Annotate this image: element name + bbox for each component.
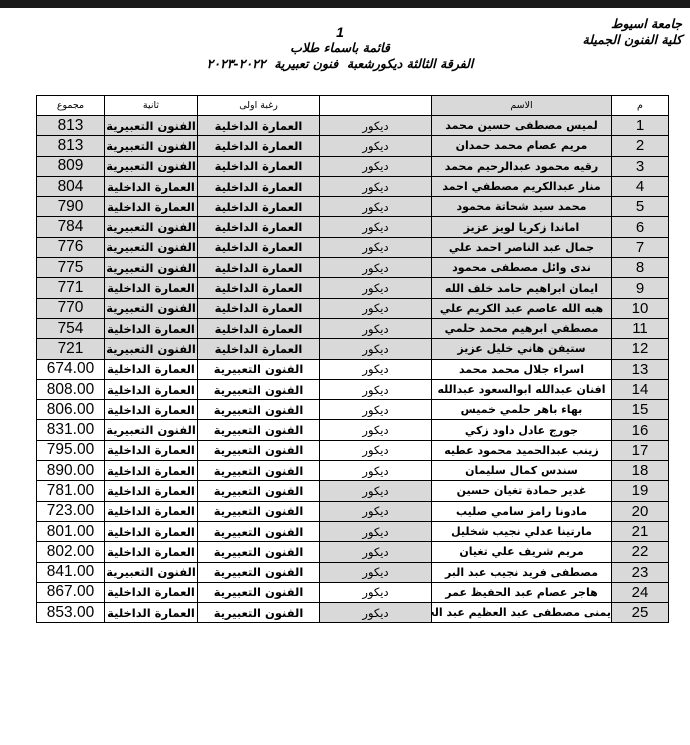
table-row: 13اسراء جلال محمد محمدديكورالفنون التعبي… bbox=[37, 359, 669, 379]
cell-total: 802.00 bbox=[37, 542, 105, 562]
cell-second-choice: الفنون التعبيرية bbox=[105, 237, 198, 257]
table-body: 1لميس مصطفى حسين محمدديكورالعمارة الداخل… bbox=[37, 116, 669, 623]
cell-department: ديكور bbox=[320, 379, 432, 399]
table-row: 14افنان عبدالله ابوالسعود عبداللهديكورال… bbox=[37, 379, 669, 399]
cell-department: ديكور bbox=[320, 176, 432, 196]
cell-index: 4 bbox=[612, 176, 669, 196]
cell-index: 12 bbox=[612, 339, 669, 359]
cell-department: ديكور bbox=[320, 521, 432, 541]
cell-second-choice: العمارة الداخلية bbox=[105, 379, 198, 399]
table-row: 23مصطفى فريد نجيب عبد البرديكورالفنون ال… bbox=[37, 562, 669, 582]
cell-total: 809 bbox=[37, 156, 105, 176]
cell-index: 8 bbox=[612, 258, 669, 278]
table-row: 4منار عبدالكريم مصطفي احمدديكورالعمارة ا… bbox=[37, 176, 669, 196]
table-row: 1لميس مصطفى حسين محمدديكورالعمارة الداخل… bbox=[37, 116, 669, 136]
cell-total: 808.00 bbox=[37, 379, 105, 399]
table-row: 20مادونا رامز سامي صليبديكورالفنون التعب… bbox=[37, 501, 669, 521]
list-title: قائمة باسماء طلاب bbox=[170, 40, 510, 56]
table-row: 10هبه الله عاصم عبد الكريم عليديكورالعما… bbox=[37, 298, 669, 318]
table-row: 17زينب عبدالحميد محمود عطيهديكورالفنون ا… bbox=[37, 440, 669, 460]
cell-name: ستيفن هاني خليل عزيز bbox=[432, 339, 612, 359]
cell-index: 3 bbox=[612, 156, 669, 176]
cell-total: 813 bbox=[37, 136, 105, 156]
cell-department: ديكور bbox=[320, 136, 432, 156]
cell-total: 674.00 bbox=[37, 359, 105, 379]
cell-second-choice: الفنون التعبيرية bbox=[105, 258, 198, 278]
table-row: 3رقيه محمود عبدالرحيم محمدديكورالعمارة ا… bbox=[37, 156, 669, 176]
cell-second-choice: الفنون التعبيرية bbox=[105, 562, 198, 582]
cell-first-choice: الفنون التعبيرية bbox=[198, 400, 320, 420]
cell-name: مريم عصام محمد حمدان bbox=[432, 136, 612, 156]
cell-department: ديكور bbox=[320, 237, 432, 257]
faculty-name: كلية الفنون الجميلة bbox=[583, 32, 682, 48]
cell-total: 754 bbox=[37, 318, 105, 338]
cell-first-choice: الفنون التعبيرية bbox=[198, 461, 320, 481]
table-row: 9ايمان ابراهيم حامد خلف اللهديكورالعمارة… bbox=[37, 278, 669, 298]
cell-index: 24 bbox=[612, 582, 669, 602]
table-row: 15بهاء باهر حلمي خميسديكورالفنون التعبير… bbox=[37, 400, 669, 420]
cell-name: اسراء جلال محمد محمد bbox=[432, 359, 612, 379]
institution-header: جامعة اسيوط كلية الفنون الجميلة bbox=[583, 16, 682, 48]
cell-name: محمد سيد شحاتة محمود bbox=[432, 197, 612, 217]
cell-name: ايمان ابراهيم حامد خلف الله bbox=[432, 278, 612, 298]
cell-first-choice: الفنون التعبيرية bbox=[198, 501, 320, 521]
cell-first-choice: الفنون التعبيرية bbox=[198, 603, 320, 623]
cell-department: ديكور bbox=[320, 359, 432, 379]
table-row: 25يمنى مصطفى عبد العظيم عبد الحافظديكورا… bbox=[37, 603, 669, 623]
cell-second-choice: العمارة الداخلية bbox=[105, 440, 198, 460]
table-row: 21مارتينا عدلي نجيب شخليلديكورالفنون الت… bbox=[37, 521, 669, 541]
cell-name: رقيه محمود عبدالرحيم محمد bbox=[432, 156, 612, 176]
cell-second-choice: العمارة الداخلية bbox=[105, 501, 198, 521]
table-row: 11مصطفي ابرهيم محمد حلميديكورالعمارة الد… bbox=[37, 318, 669, 338]
col-header-name: الاسم bbox=[432, 96, 612, 116]
cell-index: 11 bbox=[612, 318, 669, 338]
cell-total: 770 bbox=[37, 298, 105, 318]
cell-first-choice: العمارة الداخلية bbox=[198, 258, 320, 278]
cell-index: 6 bbox=[612, 217, 669, 237]
cell-name: مصطفى فريد نجيب عبد البر bbox=[432, 562, 612, 582]
cell-index: 18 bbox=[612, 461, 669, 481]
cell-second-choice: الفنون التعبيرية bbox=[105, 298, 198, 318]
cell-first-choice: العمارة الداخلية bbox=[198, 116, 320, 136]
table-row: 18سندس كمال سليمانديكورالفنون التعبيريةا… bbox=[37, 461, 669, 481]
cell-name: مصطفي ابرهيم محمد حلمي bbox=[432, 318, 612, 338]
cell-department: ديكور bbox=[320, 420, 432, 440]
cell-first-choice: الفنون التعبيرية bbox=[198, 521, 320, 541]
cell-department: ديكور bbox=[320, 156, 432, 176]
cell-department: ديكور bbox=[320, 400, 432, 420]
cell-first-choice: العمارة الداخلية bbox=[198, 237, 320, 257]
table-row: 8ندى وائل مصطفى محمودديكورالعمارة الداخل… bbox=[37, 258, 669, 278]
cell-department: ديكور bbox=[320, 582, 432, 602]
cell-name: غدير حمادة تغيان حسين bbox=[432, 481, 612, 501]
cell-department: ديكور bbox=[320, 258, 432, 278]
cell-total: 795.00 bbox=[37, 440, 105, 460]
cell-total: 813 bbox=[37, 116, 105, 136]
cell-index: 23 bbox=[612, 562, 669, 582]
cell-index: 25 bbox=[612, 603, 669, 623]
cell-index: 20 bbox=[612, 501, 669, 521]
page-number: 1 bbox=[170, 24, 510, 40]
cell-name: افنان عبدالله ابوالسعود عبدالله bbox=[432, 379, 612, 399]
cell-second-choice: العمارة الداخلية bbox=[105, 461, 198, 481]
cell-second-choice: الفنون التعبيرية bbox=[105, 136, 198, 156]
cell-first-choice: الفنون التعبيرية bbox=[198, 440, 320, 460]
cell-second-choice: العمارة الداخلية bbox=[105, 521, 198, 541]
table-row: 24هاجر عصام عبد الحفيظ عمرديكورالفنون ال… bbox=[37, 582, 669, 602]
cell-name: مادونا رامز سامي صليب bbox=[432, 501, 612, 521]
cell-index: 10 bbox=[612, 298, 669, 318]
table-row: 6اماندا زكريا لويز عزيزديكورالعمارة الدا… bbox=[37, 217, 669, 237]
cell-second-choice: العمارة الداخلية bbox=[105, 176, 198, 196]
cell-first-choice: العمارة الداخلية bbox=[198, 136, 320, 156]
cell-index: 17 bbox=[612, 440, 669, 460]
cell-department: ديكور bbox=[320, 339, 432, 359]
cell-total: 801.00 bbox=[37, 521, 105, 541]
cell-first-choice: الفنون التعبيرية bbox=[198, 481, 320, 501]
cell-name: لميس مصطفى حسين محمد bbox=[432, 116, 612, 136]
university-name: جامعة اسيوط bbox=[583, 16, 682, 32]
col-header-second-choice: ثانية bbox=[105, 96, 198, 116]
cell-first-choice: العمارة الداخلية bbox=[198, 339, 320, 359]
cell-total: 775 bbox=[37, 258, 105, 278]
cell-total: 841.00 bbox=[37, 562, 105, 582]
cell-first-choice: الفنون التعبيرية bbox=[198, 359, 320, 379]
cell-department: ديكور bbox=[320, 461, 432, 481]
cell-second-choice: العمارة الداخلية bbox=[105, 582, 198, 602]
cell-index: 13 bbox=[612, 359, 669, 379]
cell-department: ديكور bbox=[320, 542, 432, 562]
table-header-row: م الاسم رغبة اولى ثانية مجموع bbox=[37, 96, 669, 116]
cell-name: جمال عبد الناصر احمد علي bbox=[432, 237, 612, 257]
table-row: 22مريم شريف علي تغيانديكورالفنون التعبير… bbox=[37, 542, 669, 562]
cell-first-choice: العمارة الداخلية bbox=[198, 298, 320, 318]
cell-second-choice: الفنون التعبيرية bbox=[105, 217, 198, 237]
table-row: 2مريم عصام محمد حمدانديكورالعمارة الداخل… bbox=[37, 136, 669, 156]
cell-department: ديكور bbox=[320, 501, 432, 521]
cell-second-choice: العمارة الداخلية bbox=[105, 481, 198, 501]
cell-first-choice: العمارة الداخلية bbox=[198, 217, 320, 237]
cell-index: 22 bbox=[612, 542, 669, 562]
cell-name: منار عبدالكريم مصطفي احمد bbox=[432, 176, 612, 196]
col-header-total: مجموع bbox=[37, 96, 105, 116]
cell-total: 776 bbox=[37, 237, 105, 257]
cell-second-choice: العمارة الداخلية bbox=[105, 542, 198, 562]
cell-index: 5 bbox=[612, 197, 669, 217]
cell-index: 1 bbox=[612, 116, 669, 136]
top-bar bbox=[0, 0, 690, 8]
cell-total: 831.00 bbox=[37, 420, 105, 440]
cell-total: 804 bbox=[37, 176, 105, 196]
cell-second-choice: الفنون التعبيرية bbox=[105, 420, 198, 440]
cell-name: هبه الله عاصم عبد الكريم علي bbox=[432, 298, 612, 318]
table-row: 19غدير حمادة تغيان حسينديكورالفنون التعب… bbox=[37, 481, 669, 501]
cell-total: 867.00 bbox=[37, 582, 105, 602]
cell-second-choice: الفنون التعبيرية bbox=[105, 116, 198, 136]
cell-total: 784 bbox=[37, 217, 105, 237]
cell-department: ديكور bbox=[320, 217, 432, 237]
cell-first-choice: الفنون التعبيرية bbox=[198, 582, 320, 602]
list-subtitle: الفرقة الثالثة ديكورشعبة فنون تعبيرية ٢٠… bbox=[170, 56, 510, 72]
cell-name: مارتينا عدلي نجيب شخليل bbox=[432, 521, 612, 541]
cell-department: ديكور bbox=[320, 481, 432, 501]
cell-name: هاجر عصام عبد الحفيظ عمر bbox=[432, 582, 612, 602]
cell-second-choice: العمارة الداخلية bbox=[105, 197, 198, 217]
cell-name: زينب عبدالحميد محمود عطيه bbox=[432, 440, 612, 460]
cell-first-choice: الفنون التعبيرية bbox=[198, 562, 320, 582]
cell-first-choice: العمارة الداخلية bbox=[198, 176, 320, 196]
cell-department: ديكور bbox=[320, 318, 432, 338]
cell-department: ديكور bbox=[320, 278, 432, 298]
table-row: 7جمال عبد الناصر احمد عليديكورالعمارة ال… bbox=[37, 237, 669, 257]
cell-total: 723.00 bbox=[37, 501, 105, 521]
cell-total: 853.00 bbox=[37, 603, 105, 623]
cell-index: 2 bbox=[612, 136, 669, 156]
cell-second-choice: العمارة الداخلية bbox=[105, 318, 198, 338]
cell-total: 721 bbox=[37, 339, 105, 359]
cell-total: 781.00 bbox=[37, 481, 105, 501]
cell-first-choice: العمارة الداخلية bbox=[198, 318, 320, 338]
cell-index: 21 bbox=[612, 521, 669, 541]
cell-total: 890.00 bbox=[37, 461, 105, 481]
cell-name: اماندا زكريا لويز عزيز bbox=[432, 217, 612, 237]
cell-first-choice: العمارة الداخلية bbox=[198, 197, 320, 217]
table-row: 5محمد سيد شحاتة محمودديكورالعمارة الداخل… bbox=[37, 197, 669, 217]
cell-name: سندس كمال سليمان bbox=[432, 461, 612, 481]
col-header-department bbox=[320, 96, 432, 116]
cell-department: ديكور bbox=[320, 562, 432, 582]
col-header-first-choice: رغبة اولى bbox=[198, 96, 320, 116]
table-row: 12ستيفن هاني خليل عزيزديكورالعمارة الداخ… bbox=[37, 339, 669, 359]
cell-department: ديكور bbox=[320, 298, 432, 318]
table-row: 16جورج عادل داود زكيديكورالفنون التعبيري… bbox=[37, 420, 669, 440]
cell-second-choice: العمارة الداخلية bbox=[105, 278, 198, 298]
cell-index: 14 bbox=[612, 379, 669, 399]
cell-first-choice: العمارة الداخلية bbox=[198, 156, 320, 176]
cell-second-choice: العمارة الداخلية bbox=[105, 400, 198, 420]
cell-name: يمنى مصطفى عبد العظيم عبد الحافظ bbox=[432, 603, 612, 623]
cell-index: 16 bbox=[612, 420, 669, 440]
cell-name: مريم شريف علي تغيان bbox=[432, 542, 612, 562]
cell-second-choice: الفنون التعبيرية bbox=[105, 339, 198, 359]
cell-first-choice: الفنون التعبيرية bbox=[198, 420, 320, 440]
cell-index: 7 bbox=[612, 237, 669, 257]
cell-name: ندى وائل مصطفى محمود bbox=[432, 258, 612, 278]
col-header-index: م bbox=[612, 96, 669, 116]
cell-department: ديكور bbox=[320, 603, 432, 623]
cell-second-choice: الفنون التعبيرية bbox=[105, 156, 198, 176]
cell-total: 790 bbox=[37, 197, 105, 217]
cell-name: بهاء باهر حلمي خميس bbox=[432, 400, 612, 420]
document-title: 1 قائمة باسماء طلاب الفرقة الثالثة ديكور… bbox=[170, 24, 510, 72]
student-roster-table: م الاسم رغبة اولى ثانية مجموع 1لميس مصطف… bbox=[36, 95, 669, 623]
cell-index: 9 bbox=[612, 278, 669, 298]
cell-total: 771 bbox=[37, 278, 105, 298]
cell-name: جورج عادل داود زكي bbox=[432, 420, 612, 440]
cell-first-choice: الفنون التعبيرية bbox=[198, 379, 320, 399]
cell-second-choice: العمارة الداخلية bbox=[105, 359, 198, 379]
cell-department: ديكور bbox=[320, 440, 432, 460]
cell-second-choice: العمارة الداخلية bbox=[105, 603, 198, 623]
cell-first-choice: الفنون التعبيرية bbox=[198, 542, 320, 562]
cell-index: 15 bbox=[612, 400, 669, 420]
cell-first-choice: العمارة الداخلية bbox=[198, 278, 320, 298]
cell-total: 806.00 bbox=[37, 400, 105, 420]
cell-department: ديكور bbox=[320, 116, 432, 136]
cell-department: ديكور bbox=[320, 197, 432, 217]
cell-index: 19 bbox=[612, 481, 669, 501]
